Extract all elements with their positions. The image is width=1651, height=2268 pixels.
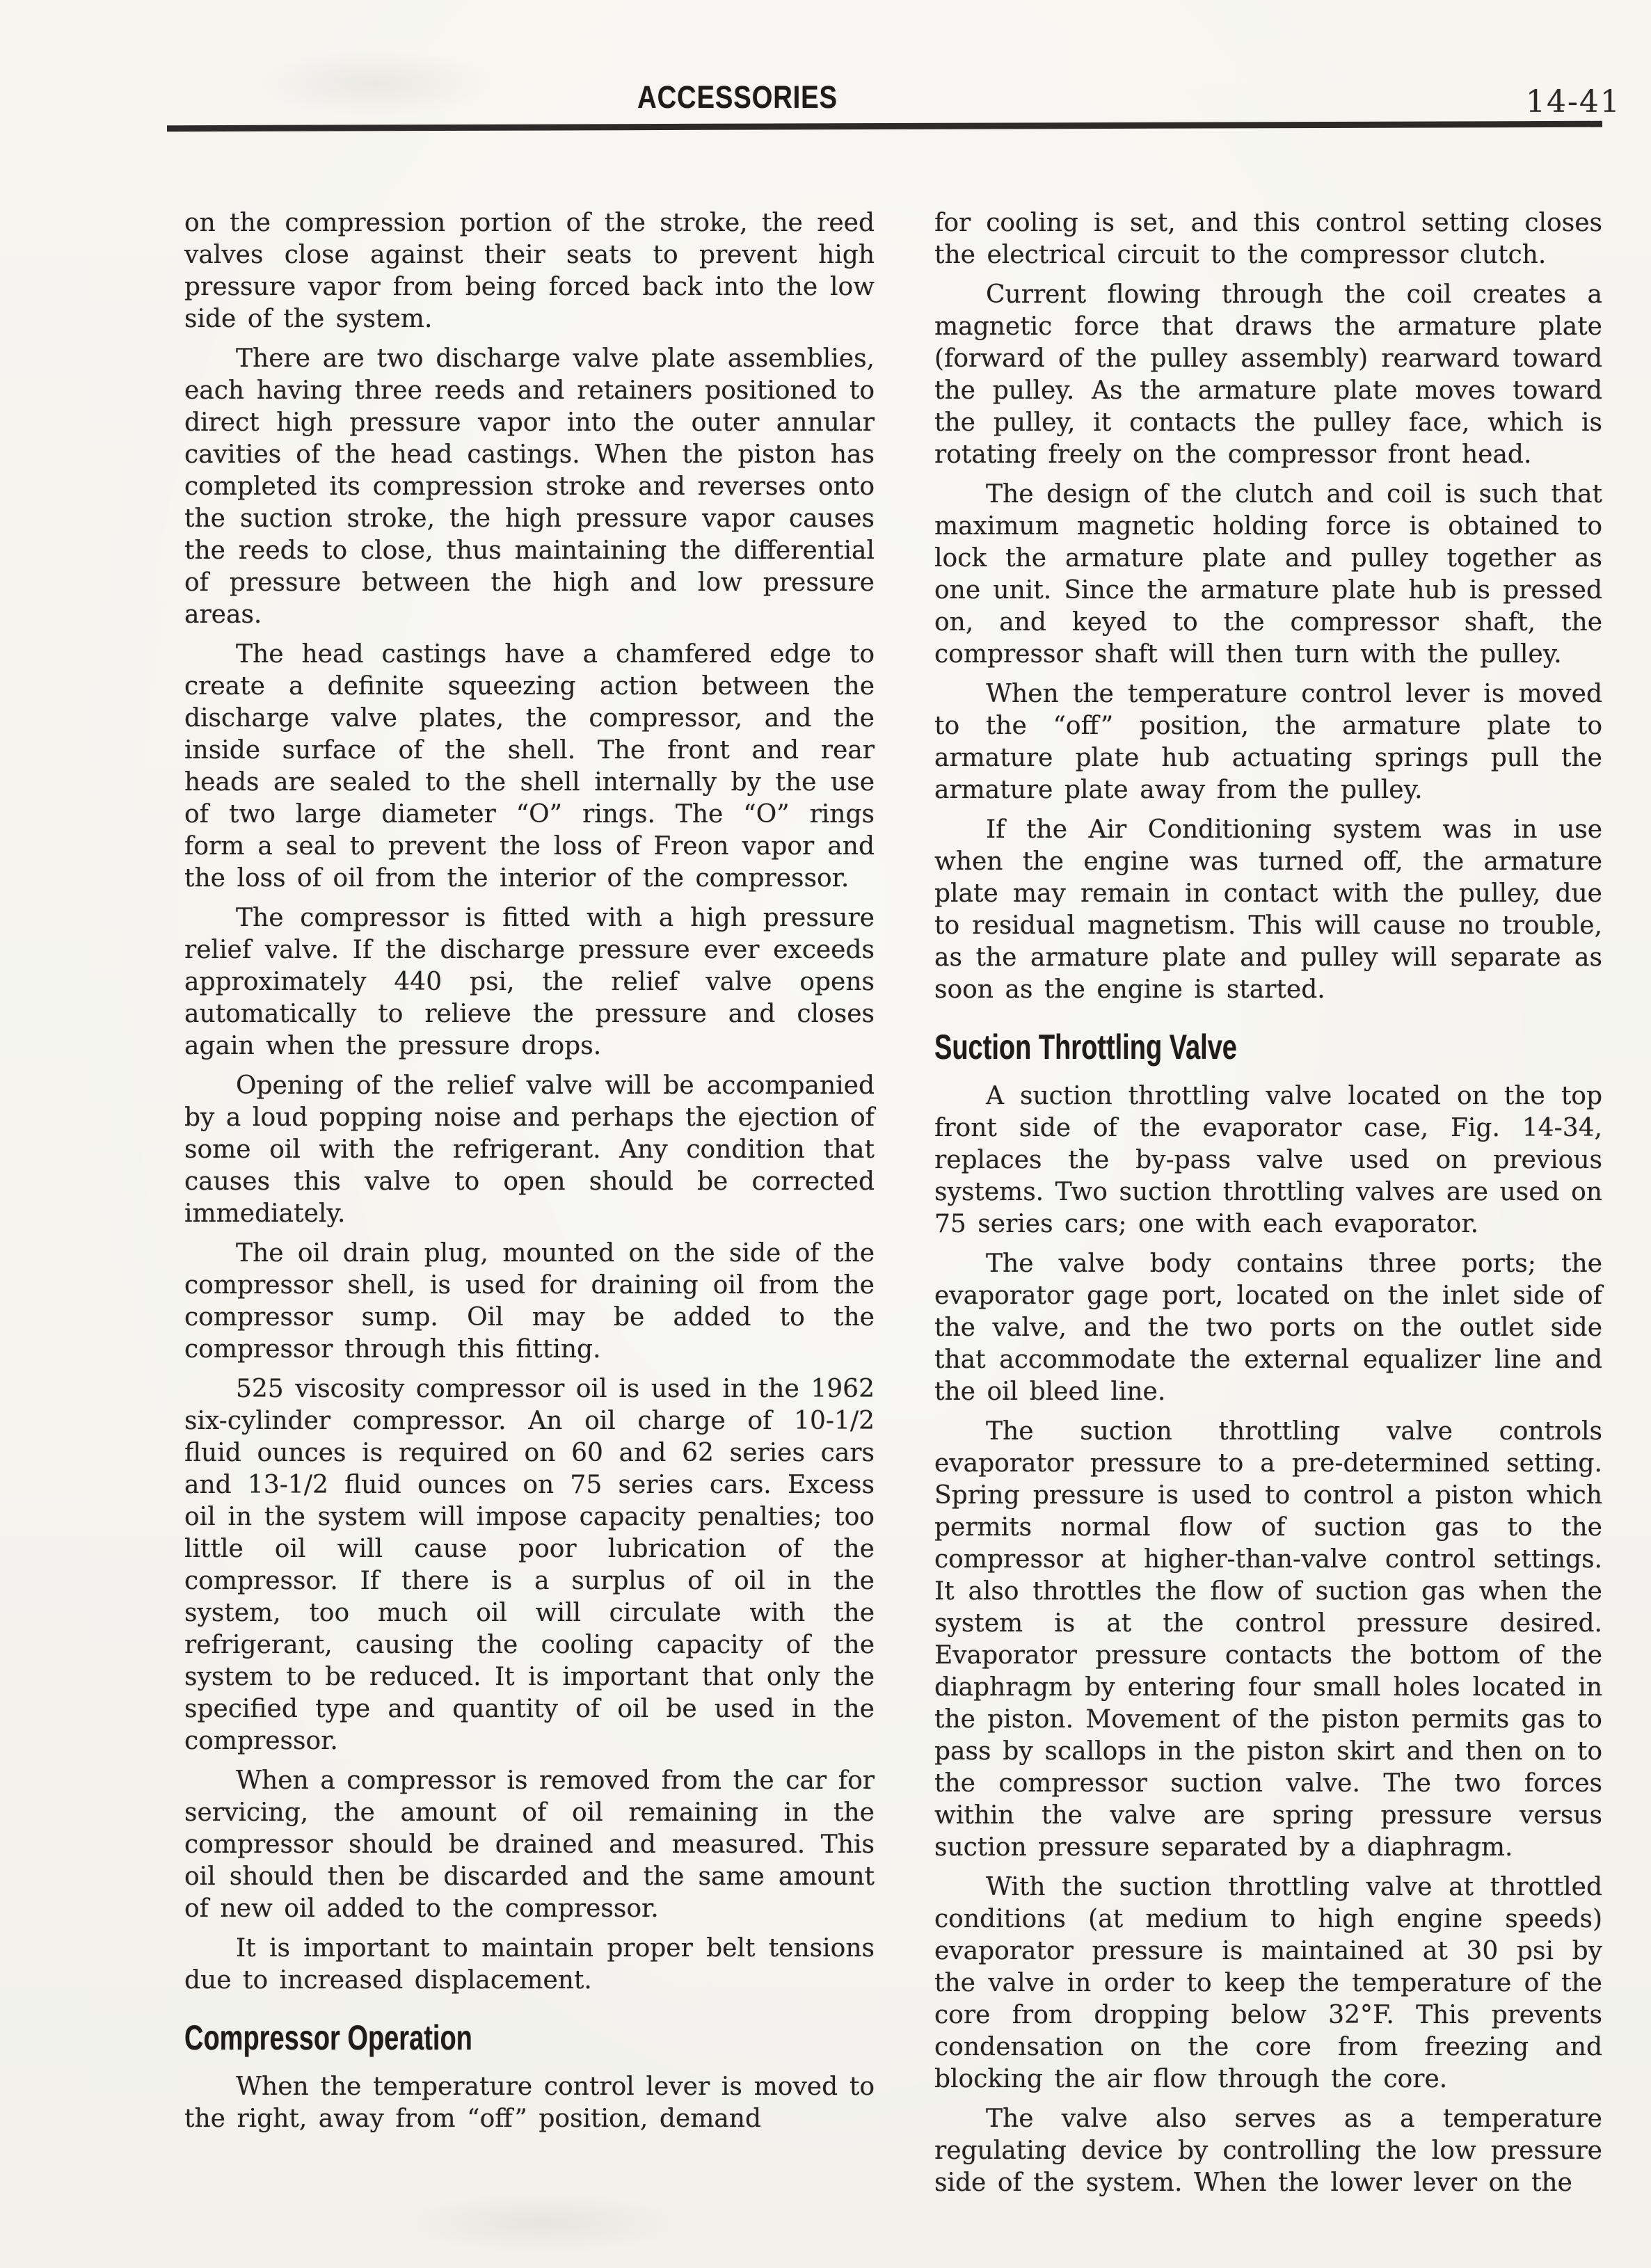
header-rule (167, 121, 1602, 131)
page-title: ACCESSORIES (637, 79, 838, 115)
paragraph: 525 viscosity compressor oil is used in … (184, 1373, 875, 1757)
left-column: on the compression portion of the stroke… (184, 207, 875, 2207)
paragraph: Opening of the relief valve will be acco… (184, 1070, 875, 1230)
paragraph: If the Air Conditioning system was in us… (934, 814, 1602, 1006)
content-columns: on the compression portion of the stroke… (184, 207, 1602, 2207)
paragraph: When a compressor is removed from the ca… (184, 1765, 875, 1925)
paragraph: There are two discharge valve plate asse… (184, 343, 875, 631)
paragraph: It is important to maintain proper belt … (184, 1933, 875, 1997)
paragraph: The valve body contains three ports; the… (934, 1248, 1602, 1408)
paragraph: The oil drain plug, mounted on the side … (184, 1238, 875, 1366)
paragraph: The head castings have a chamfered edge … (184, 639, 875, 895)
paragraph: Current flowing through the coil creates… (934, 279, 1602, 471)
paragraph: The suction throttling valve controls ev… (934, 1416, 1602, 1864)
heading-suction-throttling-valve: Suction Throttling Valve (934, 1028, 1442, 1067)
paragraph: A suction throttling valve located on th… (934, 1080, 1602, 1240)
paragraph: on the compression portion of the stroke… (184, 207, 875, 335)
paragraph: The design of the clutch and coil is suc… (934, 479, 1602, 671)
paragraph: When the temperature control lever is mo… (934, 678, 1602, 806)
page-number: 14-41 (1526, 84, 1621, 120)
heading-compressor-operation: Compressor Operation (184, 2019, 709, 2057)
paragraph: With the suction throttling valve at thr… (934, 1871, 1602, 2095)
right-column: for cooling is set, and this control set… (934, 207, 1602, 2207)
paragraph: The compressor is fitted with a high pre… (184, 902, 875, 1062)
manual-page: ACCESSORIES 14-41 on the compression por… (0, 0, 1651, 2268)
paragraph: for cooling is set, and this control set… (934, 207, 1602, 271)
paragraph: The valve also serves as a temperature r… (934, 2103, 1602, 2199)
paragraph: When the temperature control lever is mo… (184, 2071, 875, 2135)
scan-artifact (230, 42, 522, 125)
